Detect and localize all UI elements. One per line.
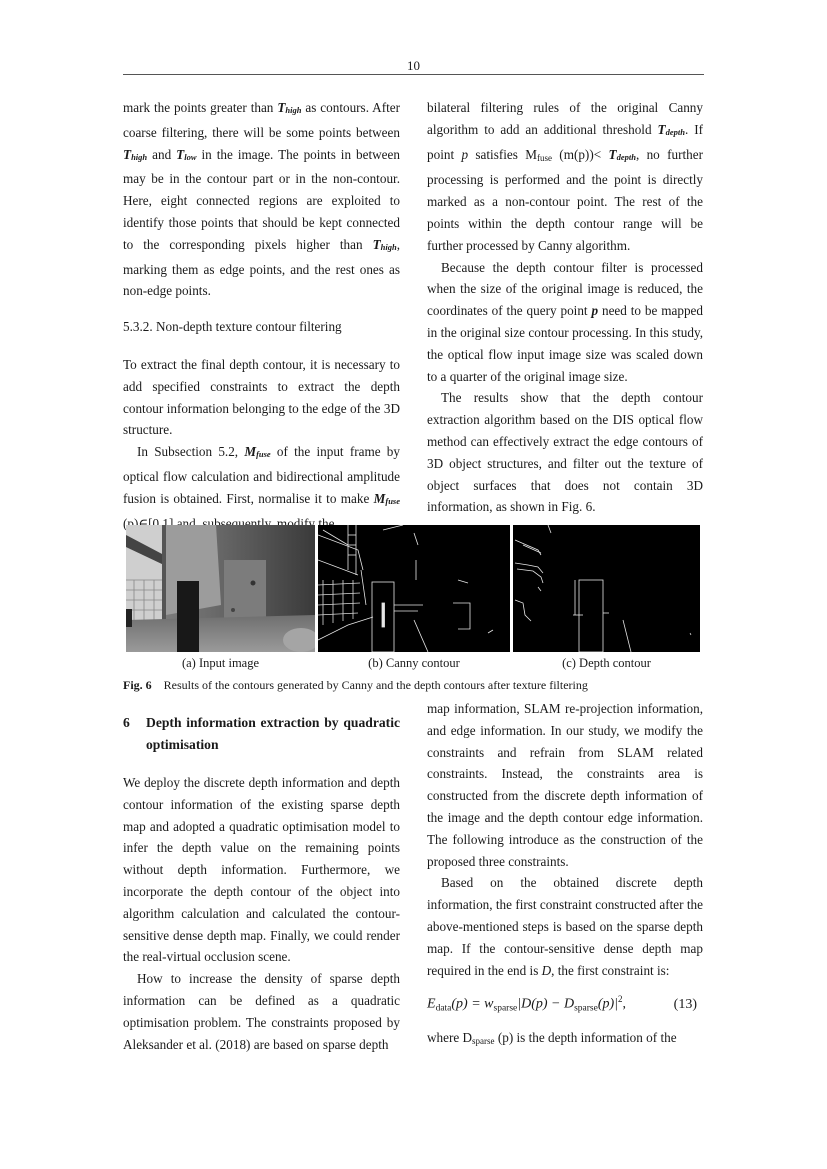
paragraph: To extract the final depth contour, it i… bbox=[123, 354, 400, 441]
section-title: Depth information extraction by quadrati… bbox=[146, 712, 400, 756]
figure-panel-input-image bbox=[126, 525, 315, 652]
paragraph: How to increase the density of sparse de… bbox=[123, 968, 400, 1055]
figure-label: Fig. 6Results of the contours generated … bbox=[123, 678, 588, 693]
paragraph: We deploy the discrete depth information… bbox=[123, 772, 400, 968]
figure-caption-a: (a) Input image bbox=[126, 656, 315, 671]
right-column-bottom: map information, SLAM re-projection info… bbox=[427, 698, 703, 1053]
paragraph: bilateral filtering rules of the origina… bbox=[427, 97, 703, 257]
section-number: 6 bbox=[123, 712, 146, 756]
paragraph: In Subsection 5.2, Mfuse of the input fr… bbox=[123, 441, 400, 534]
equation-13: Edata(p) = wsparse|D(p) − Dsparse(p)|2, … bbox=[427, 989, 703, 1020]
page-number: 10 bbox=[0, 58, 827, 74]
left-column-bottom: 6 Depth information extraction by quadra… bbox=[123, 712, 400, 1055]
paragraph: mark the points greater than Thigh as co… bbox=[123, 97, 400, 302]
figure-panel-canny-contour bbox=[318, 525, 510, 652]
header-rule bbox=[123, 74, 704, 75]
figure-caption: Results of the contours generated by Can… bbox=[164, 678, 588, 692]
subsection-heading: 5.3.2. Non-depth texture contour filteri… bbox=[123, 316, 400, 338]
figure-panel-depth-contour bbox=[513, 525, 700, 652]
paragraph: Because the depth contour filter is proc… bbox=[427, 257, 703, 388]
equation-number: (13) bbox=[674, 994, 697, 1016]
figure-caption-c: (c) Depth contour bbox=[513, 656, 700, 671]
paragraph: Based on the obtained discrete depth inf… bbox=[427, 872, 703, 981]
figure-caption-b: (b) Canny contour bbox=[318, 656, 510, 671]
figure-number: Fig. 6 bbox=[123, 678, 152, 692]
section-heading: 6 Depth information extraction by quadra… bbox=[123, 712, 400, 756]
right-column-top: bilateral filtering rules of the origina… bbox=[427, 97, 703, 518]
paragraph: The results show that the depth contour … bbox=[427, 387, 703, 518]
paragraph: map information, SLAM re-projection info… bbox=[427, 698, 703, 872]
paragraph: where Dsparse (p) is the depth informati… bbox=[427, 1027, 703, 1053]
equation-body: Edata(p) = wsparse|D(p) − Dsparse(p)|2, bbox=[427, 989, 626, 1020]
left-column-top: mark the points greater than Thigh as co… bbox=[123, 97, 400, 534]
